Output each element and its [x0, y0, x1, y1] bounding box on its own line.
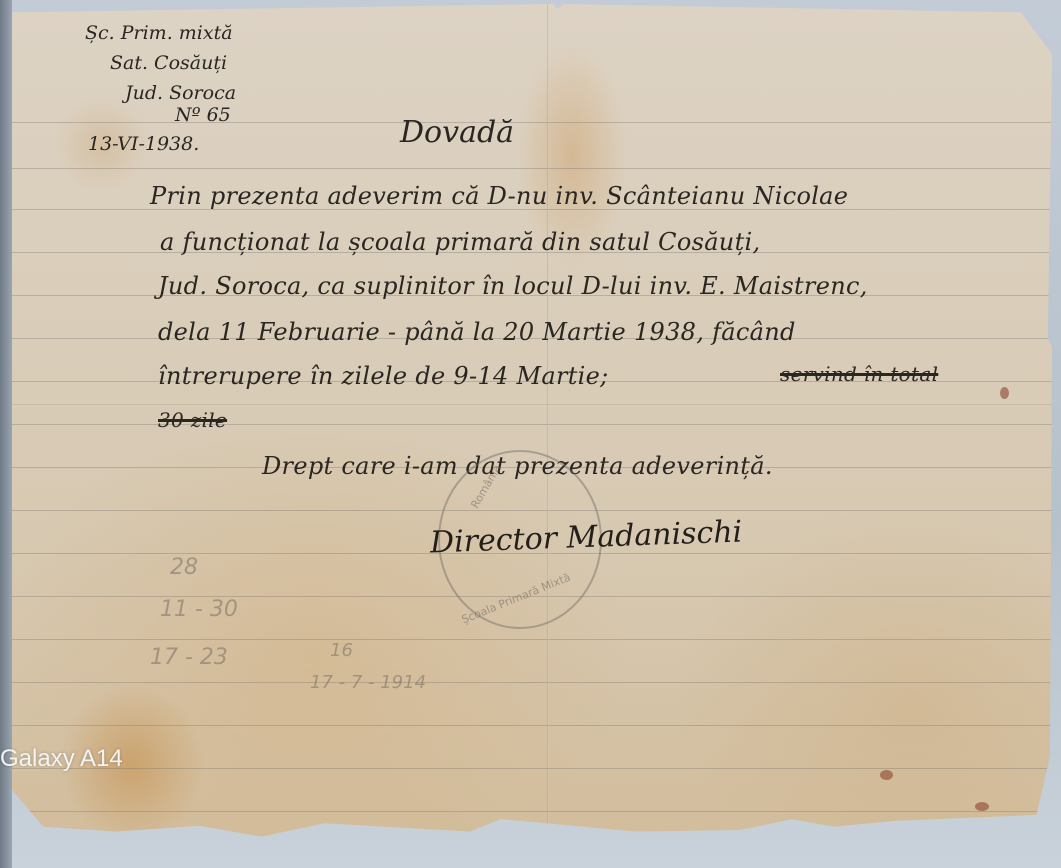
horizontal-fold: [12, 404, 1052, 406]
camera-watermark: Galaxy A14: [0, 745, 123, 773]
stain: [1000, 387, 1009, 399]
body-line-4: dela 11 Februarie - până la 20 Martie 19…: [158, 318, 796, 346]
pencil-note: 28: [170, 555, 198, 580]
ruled-line: [12, 122, 1052, 123]
header-county: Jud. Soroca: [125, 82, 236, 104]
pencil-note: 17 - 23: [150, 645, 228, 670]
header-number: Nº 65: [175, 104, 231, 126]
ruled-line: [12, 639, 1052, 640]
body-line-1: Prin prezenta adeverim că D-nu inv. Scân…: [150, 182, 848, 210]
ruled-line: [12, 811, 1052, 812]
pencil-note: 16: [330, 640, 353, 661]
struck-text-1: servind în total: [780, 362, 938, 386]
vertical-fold: [547, 4, 549, 840]
ruled-line: [12, 725, 1052, 726]
ruled-line: [12, 168, 1052, 169]
ruled-line: [12, 682, 1052, 683]
header-village: Sat. Cosăuți: [110, 52, 227, 74]
body-line-2: a funcționat la școala primară din satul…: [160, 228, 760, 256]
stamp-bottom-text: Școala Primară Mixtă: [460, 571, 573, 627]
stamp-top-text: România: [468, 462, 503, 510]
header-date: 13-VI-1938.: [88, 133, 199, 155]
document-title: Dovadă: [400, 115, 514, 150]
stain: [975, 802, 989, 811]
body-line-3: Jud. Soroca, ca suplinitor în locul D-lu…: [158, 272, 868, 300]
header-school: Șc. Prim. mixtă: [85, 22, 233, 44]
pencil-note: 11 - 30: [160, 597, 238, 622]
pencil-note: 17 - 7 - 1914: [310, 672, 426, 693]
ruled-line: [12, 768, 1052, 769]
photo-left-edge: [0, 0, 12, 868]
stain: [880, 770, 893, 780]
struck-text-2: 30 zile: [158, 408, 227, 432]
body-line-5: întrerupere în zilele de 9-14 Martie;: [158, 362, 609, 390]
